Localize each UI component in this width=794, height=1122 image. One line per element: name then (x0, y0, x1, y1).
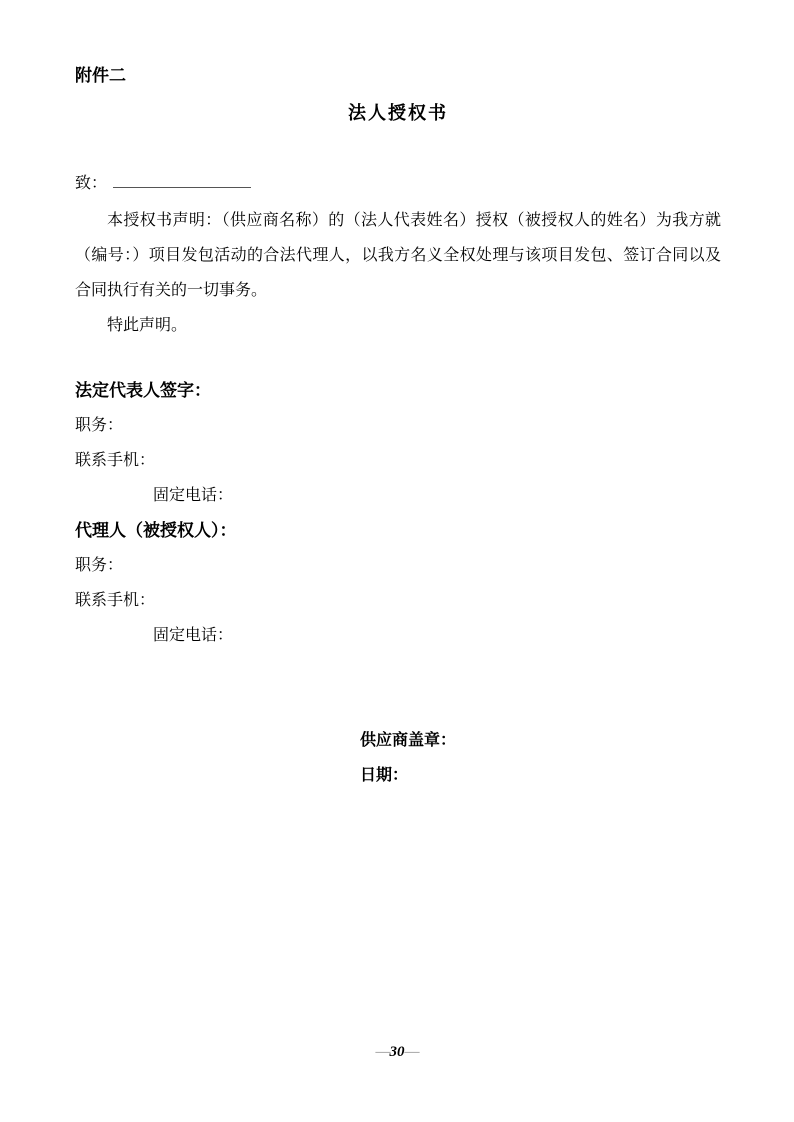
supplier-seal-label: 供应商盖章： (360, 723, 721, 758)
page-number: 30 (390, 1044, 405, 1060)
agent-heading: 代理人（被授权人）： (75, 513, 721, 548)
declaration-line: 特此声明。 (75, 308, 721, 343)
legal-rep-mobile-label: 联系手机： (75, 443, 721, 478)
recipient-blank (113, 173, 251, 188)
legal-rep-position-label: 职务： (75, 408, 721, 443)
legal-representative-heading: 法定代表人签字： (75, 373, 721, 408)
footer-dash-right: — (405, 1044, 419, 1060)
footer-dash-left: — (376, 1044, 390, 1060)
document-title: 法人授权书 (75, 103, 721, 124)
agent-landline-label: 固定电话： (75, 618, 721, 653)
agent-mobile-label: 联系手机： (75, 583, 721, 618)
date-label: 日期： (360, 758, 721, 793)
legal-rep-landline-label: 固定电话： (75, 478, 721, 513)
document-page: 附件二 法人授权书 致： 本授权书声明：（供应商名称）的（法人代表姓名）授权（被… (0, 0, 794, 1122)
agent-position-label: 职务： (75, 548, 721, 583)
document-content: 附件二 法人授权书 致： 本授权书声明：（供应商名称）的（法人代表姓名）授权（被… (75, 0, 721, 793)
salutation-line: 致： (75, 173, 721, 194)
page-footer: —30— (0, 1042, 794, 1062)
signature-block: 供应商盖章： 日期： (75, 723, 721, 793)
attachment-label: 附件二 (75, 66, 721, 86)
authorization-paragraph: 本授权书声明：（供应商名称）的（法人代表姓名）授权（被授权人的姓名）为我方就（编… (75, 203, 721, 308)
salutation-label: 致： (75, 175, 107, 192)
legal-representative-section: 法定代表人签字： 职务： 联系手机： 固定电话： 代理人（被授权人）： 职务： … (75, 373, 721, 653)
